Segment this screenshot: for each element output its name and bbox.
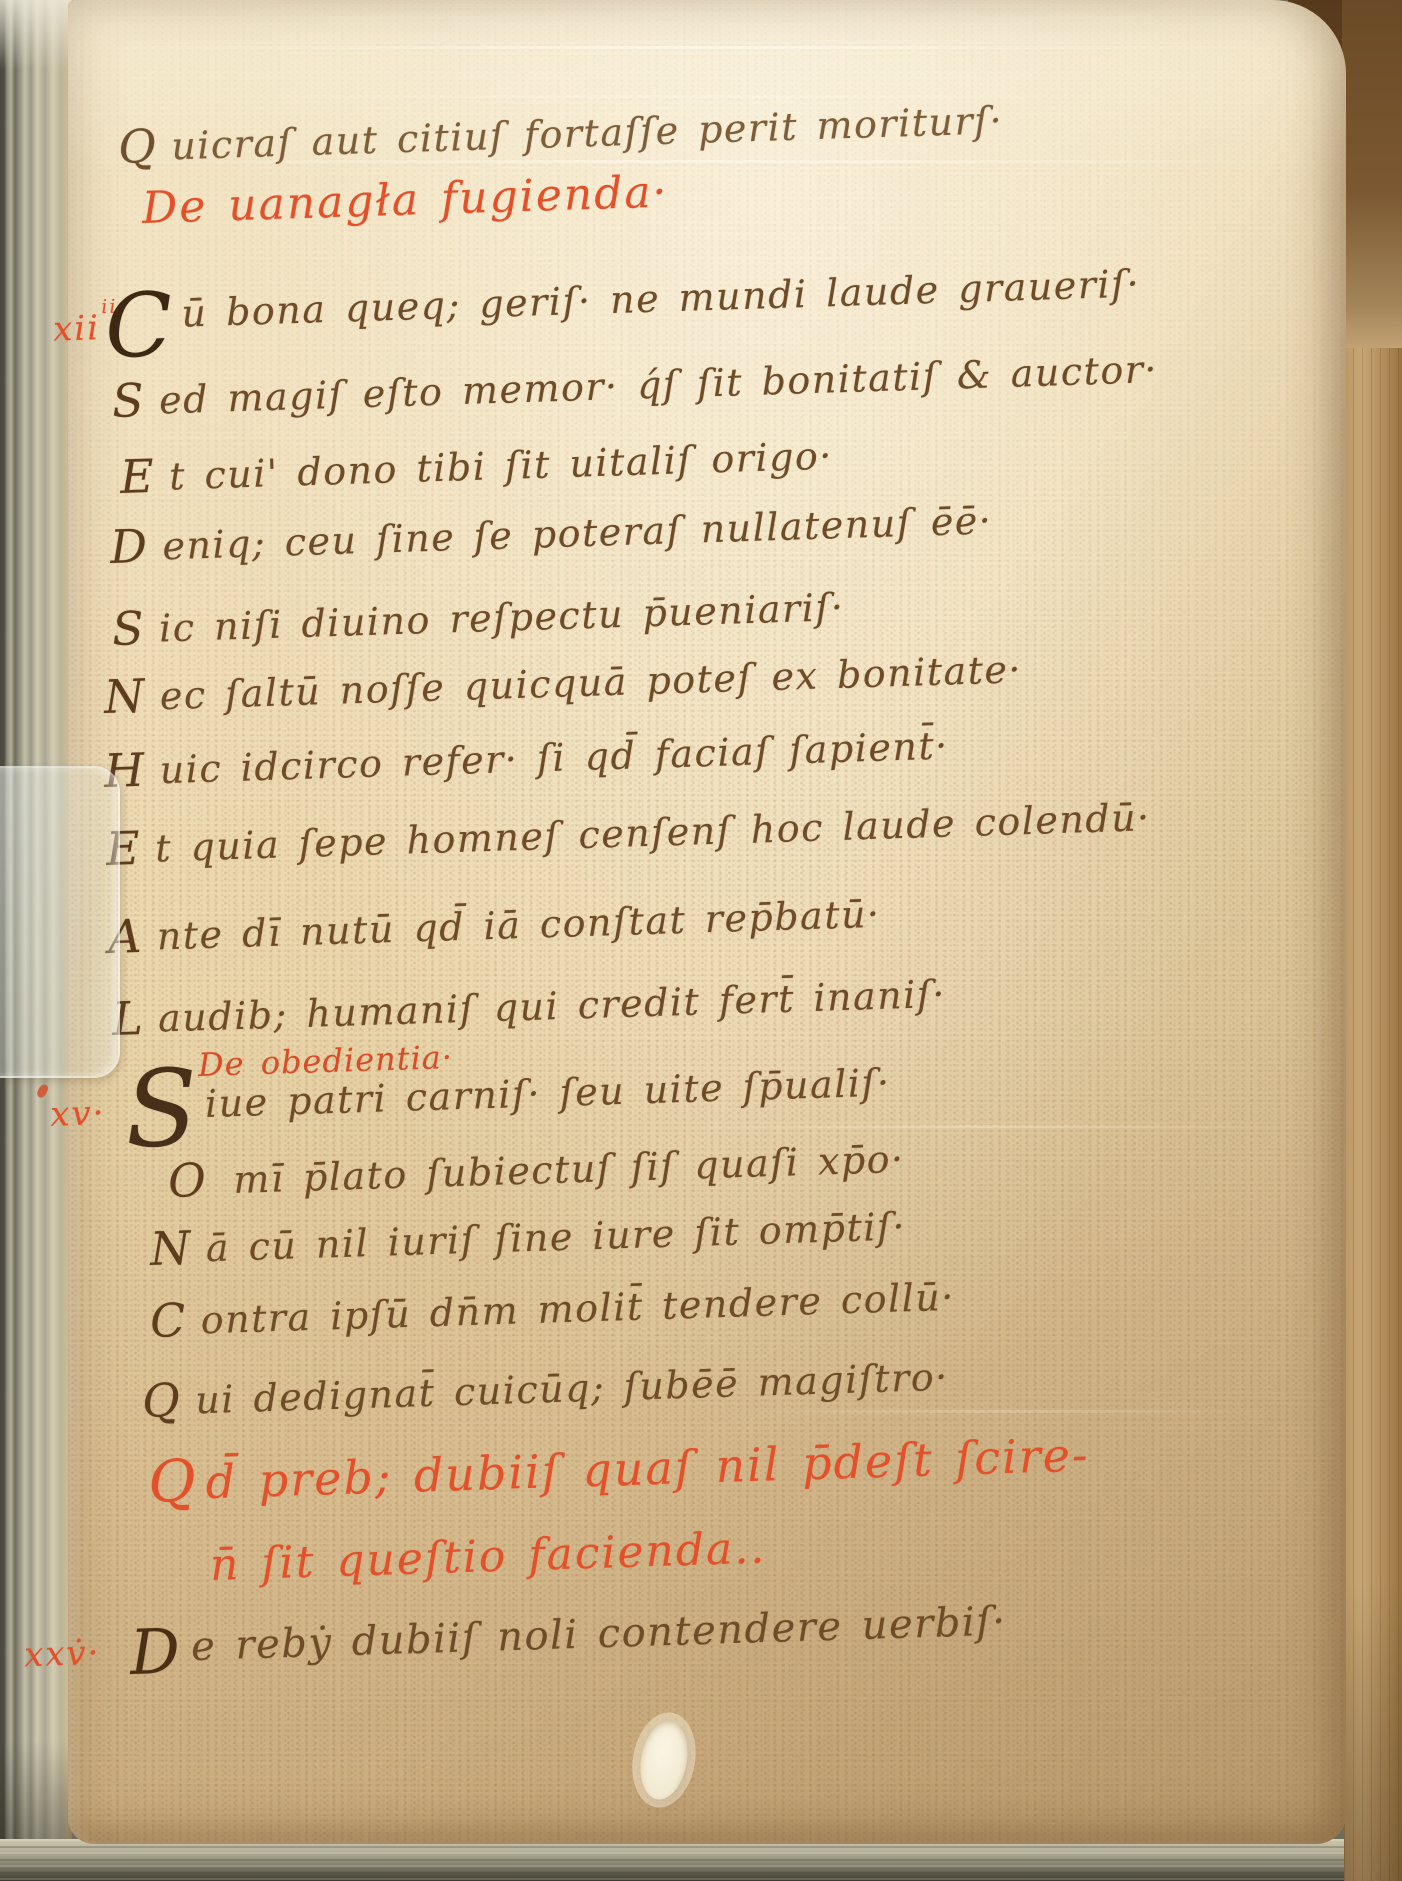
rubric-line: Qd̄ preb; dubiiſ quaſ nil p̄deſt ſcire-	[147, 1416, 1090, 1514]
rubric-line: n̄ ſit queſtio facienda..	[209, 1523, 767, 1591]
verse-text: eniq; ceu ſine ſe poteraſ nullatenuſ ēē·	[162, 498, 993, 568]
verse-initial-letter: S	[111, 373, 146, 428]
verse-line: Et quia ſepe homneſ cenſenſ hoc laude co…	[105, 787, 1151, 874]
chapter-number-margin: xxv̇·	[23, 1633, 101, 1675]
verse-text: audib; humaniſ qui credit fert̄ inaniſ·	[157, 972, 946, 1041]
verse-line: Laudib; humaniſ qui credit fert̄ inaniſ·	[111, 964, 946, 1044]
verse-initial-letter: D	[129, 1614, 182, 1689]
verse-text: nte dī nutū qd̄ iā conſtat rep̄batū·	[156, 892, 881, 959]
verse-text: e rebẏ dubiiſ noli contendere uerbiſ·	[190, 1598, 1007, 1670]
verse-text: ontra ipſū dn̄m molit̄ tendere collū·	[200, 1275, 955, 1343]
page-edge-stack-bottom	[0, 1839, 1402, 1881]
rubric-text: d̄ preb; dubiiſ quaſ nil p̄deſt ſcire-	[205, 1427, 1090, 1509]
verse-text: mī p̄lato ſubiectuſ ſiſ quaſi xp̄o·	[233, 1137, 906, 1202]
verse-initial-letter: S	[124, 1066, 201, 1153]
parchment-hole	[634, 1717, 693, 1804]
verse-text: ū bona queq; geriſ· ne mundi laude graue…	[181, 261, 1141, 335]
verse-line: Nā cū nil iuriſ ſine iure ſit omp̄tiſ·	[149, 1196, 907, 1274]
verse-text: ec ſaltū noſſe quicquā poteſ ex bonitate…	[159, 647, 1023, 718]
crease-line	[88, 46, 1278, 49]
rubric-text: n̄ ſit queſtio facienda..	[209, 1523, 767, 1591]
verse-line: xxv̇· De rebẏ dubiiſ noli contendere uer…	[129, 1586, 1008, 1687]
verse-line: Sic niſi diuino reſpectu p̄ueniariſ·	[111, 577, 845, 654]
verse-text: ui dedignat̄ cuicūq; ſubēē magiſtro·	[195, 1355, 950, 1423]
verse-text: ā cū nil iuriſ ſine iure ſit omp̄tiſ·	[205, 1204, 907, 1270]
verse-initial-letter: E	[119, 449, 156, 504]
verse-line: Omī p̄lato ſubiectuſ ſiſ quaſi xp̄o·	[167, 1129, 905, 1206]
verse-line: Quicraſ aut citiuſ fortaſſe perit moritu…	[117, 90, 1004, 172]
chapter-number-margin: xv·	[50, 1093, 106, 1135]
rubric-initial-letter: Q	[147, 1446, 199, 1516]
translucent-clip	[0, 766, 120, 1078]
rubric-heading: De uanagła fugienda·	[141, 166, 669, 234]
manuscript-photo: Quicraſ aut citiuſ fortaſſe perit moritu…	[0, 0, 1402, 1881]
parchment-page: Quicraſ aut citiuſ fortaſſe perit moritu…	[68, 0, 1346, 1844]
verse-text: ic niſi diuino reſpectu p̄ueniariſ·	[158, 585, 845, 651]
verse-initial-letter: N	[103, 669, 146, 724]
verse-initial-letter: Q	[117, 119, 158, 174]
crease-line	[668, 1125, 1308, 1128]
verse-line: Huic idcirco refer· ſi qd̄ faciaſ ſapien…	[103, 715, 949, 796]
verse-line: Ante dī nutū qd̄ iā conſtat rep̄batū·	[107, 884, 881, 962]
verse-line: Nec ſaltū noſſe quicquā poteſ ex bonitat…	[103, 639, 1023, 722]
crease-line	[158, 95, 1198, 98]
verse-text: ed magiſ eſto memor· q́ſ ſit bonitatiſ &…	[158, 347, 1158, 422]
verse-initial-letter: Q	[141, 1373, 182, 1428]
verse-line: Deniq; ceu ſine ſe poteraſ nullatenuſ ēē…	[109, 490, 993, 572]
verse-initial-letter: O	[167, 1153, 208, 1208]
verse-text: t cui' dono tibi ſit uitaliſ origo·	[168, 434, 833, 499]
rubric-text: De uanagła fugienda·	[141, 166, 669, 234]
verse-line: Contra ipſū dn̄m molit̄ tendere collū·	[149, 1267, 955, 1346]
verse-text: uic idcirco refer· ſi qd̄ faciaſ ſapient…	[159, 723, 949, 792]
verse-initial-letter: C	[149, 1293, 187, 1348]
crease-line	[728, 1410, 1288, 1413]
verse-initial-letter: D	[109, 519, 149, 574]
verse-initial-letter: C	[104, 290, 175, 363]
verse-initial-letter: N	[149, 1221, 192, 1276]
verse-line: Et cui' dono tibi ſit uitaliſ origo·	[119, 426, 833, 502]
verse-line: Qui dedignat̄ cuicūq; ſubēē magiſtro·	[141, 1347, 949, 1426]
verse-text: uicraſ aut citiuſ fortaſſe perit moritur…	[171, 98, 1004, 168]
verse-initial-letter: S	[111, 601, 146, 656]
verse-text: t quia ſepe homneſ cenſenſ hoc laude col…	[154, 795, 1151, 870]
